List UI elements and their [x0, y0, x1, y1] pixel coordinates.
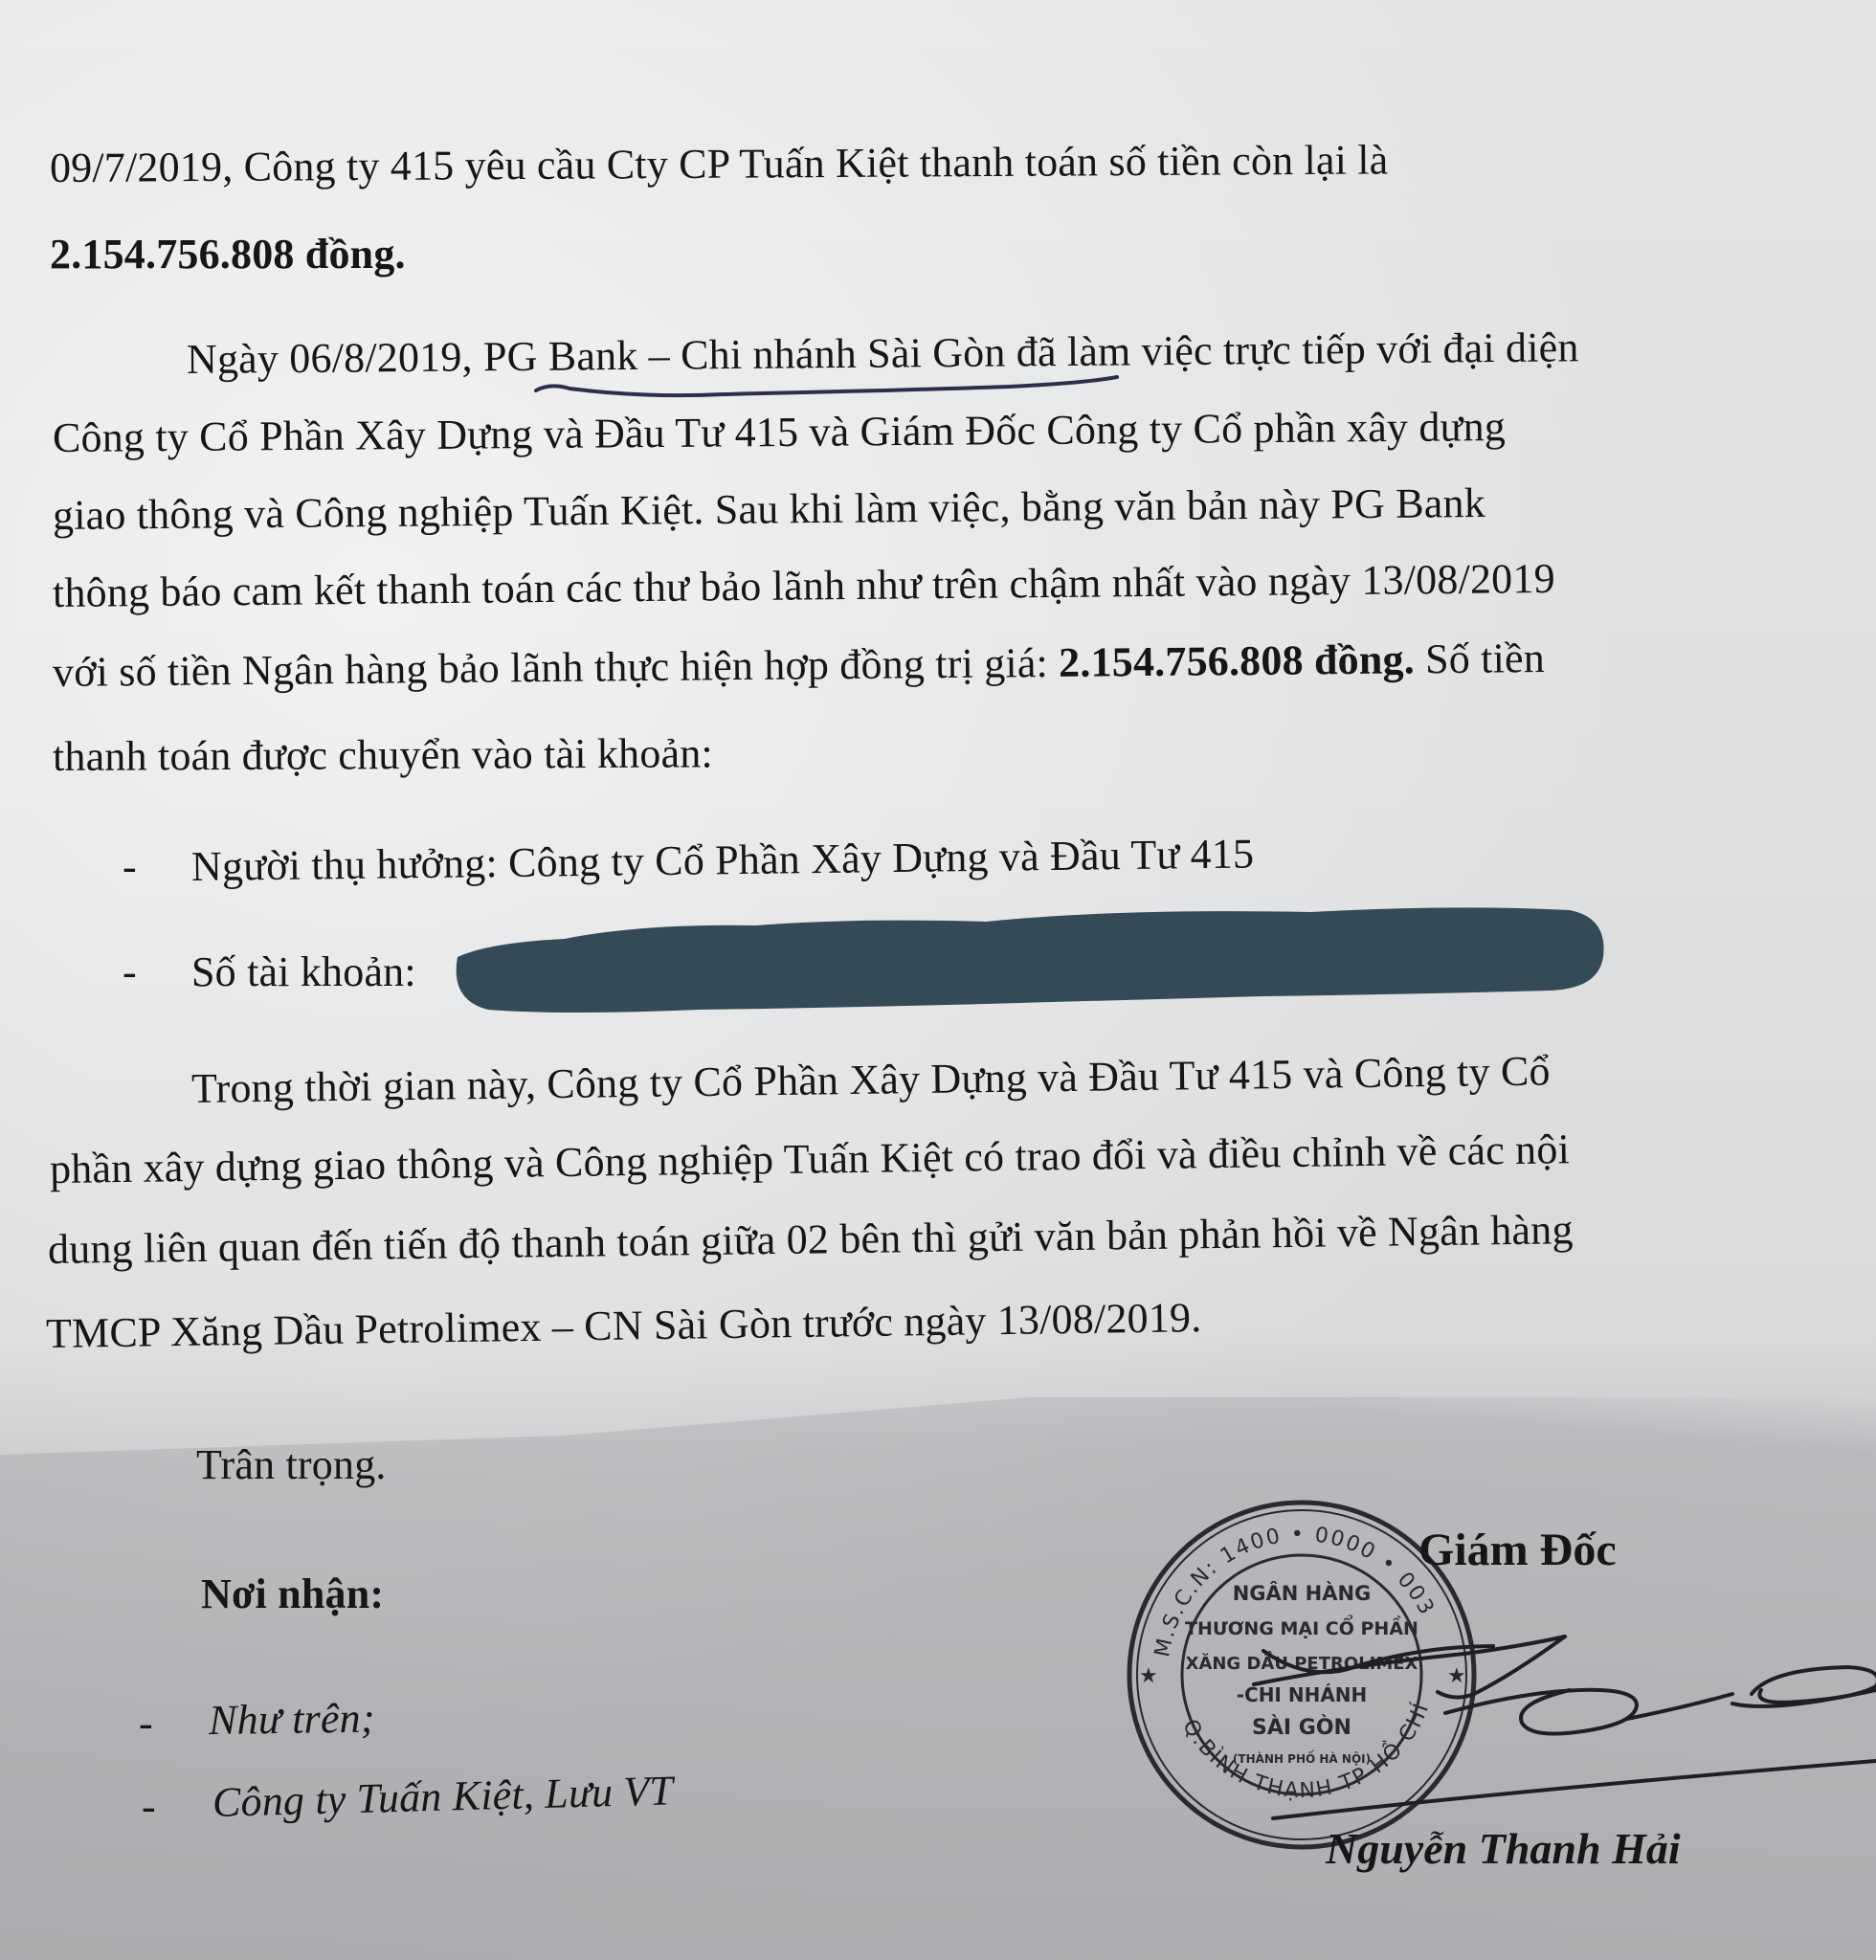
recipients-heading: Nơi nhận:: [201, 1570, 384, 1618]
account-number-label: Số tài khoản:: [191, 947, 416, 996]
stamp-line-1: NGÂN HÀNG: [1233, 1581, 1372, 1605]
bullet-beneficiary: -: [123, 842, 137, 891]
account-number-redaction: [450, 904, 1613, 1019]
paragraph-2-line-6: thanh toán được chuyển vào tài khoản:: [53, 728, 713, 781]
paragraph-2-line-5-prefix: với số tiền Ngân hàng bảo lãnh thực hiện…: [53, 639, 1060, 696]
paragraph-2-line-1-suffix: đã làm việc trực tiếp với đại diện: [1005, 323, 1578, 375]
recipient-item-1: Như trên;: [209, 1694, 375, 1745]
closing-salutation: Trân trọng.: [196, 1440, 387, 1489]
paragraph-2-date-prefix: Ngày 06/8/2019,: [187, 333, 483, 383]
paragraph-1-line-1: 09/7/2019, Công ty 415 yêu cầu Cty CP Tu…: [50, 135, 1389, 192]
stamp-star-left-icon: ★: [1139, 1663, 1158, 1687]
bullet-account-number: -: [123, 947, 137, 996]
signatory-name: Nguyễn Thanh Hải: [1326, 1823, 1681, 1874]
bullet-recipient-1: -: [139, 1699, 153, 1748]
guarantee-amount: 2.154.756.808 đồng.: [1059, 635, 1415, 686]
bullet-recipient-2: -: [142, 1782, 156, 1831]
paragraph-2-line-5-suffix: Số tiền: [1415, 635, 1546, 682]
signatory-title: Giám Đốc: [1418, 1524, 1617, 1576]
paragraph-1-amount: 2.154.756.808 đồng.: [50, 230, 406, 278]
